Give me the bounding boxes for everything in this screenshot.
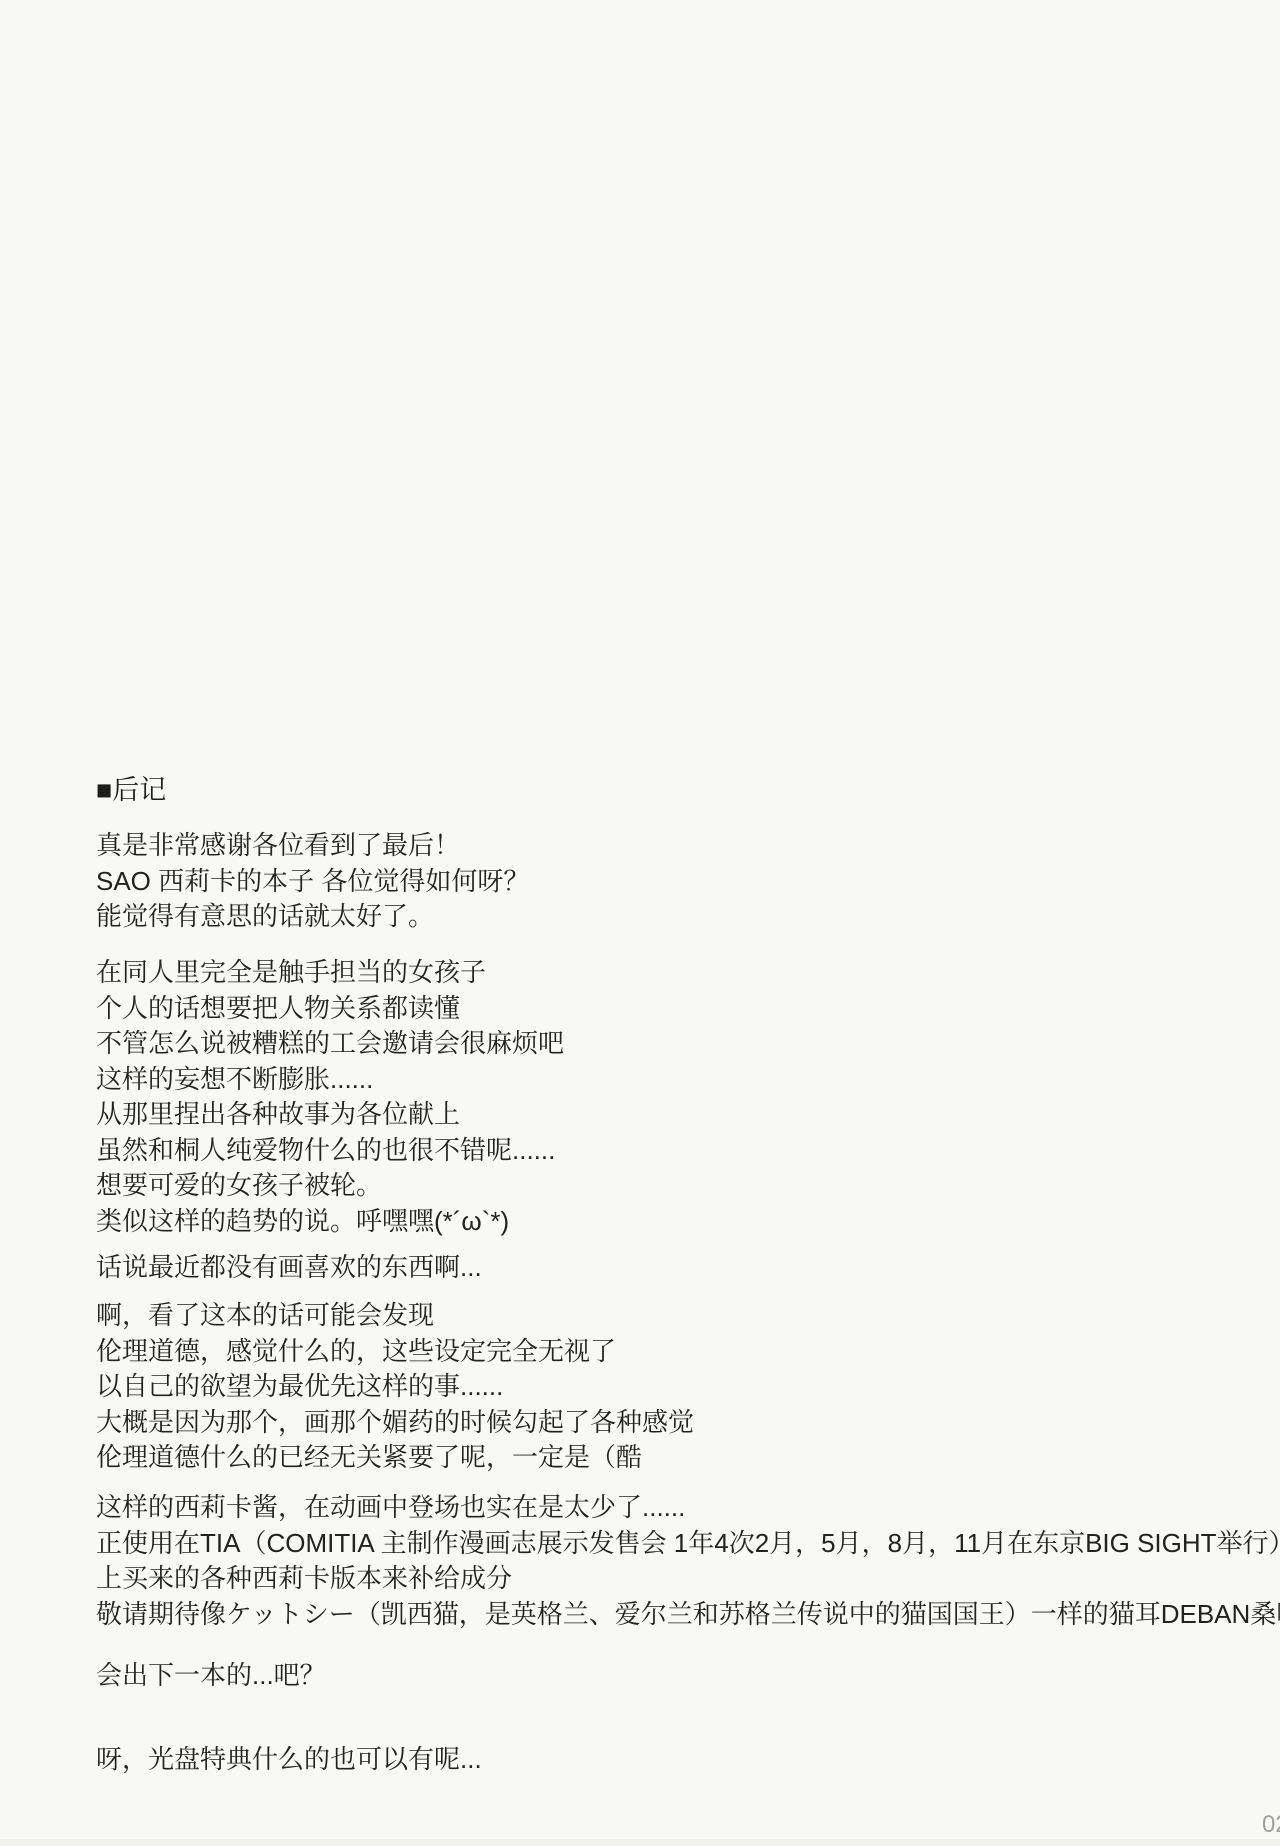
paragraph-thanks: 真是非常感谢各位看到了最后！ SAO 西莉卡的本子 各位觉得如何呀？ 能觉得有意… (96, 828, 529, 935)
text-line: 伦理道德，感觉什么的，这些设定完全无视了 (96, 1334, 694, 1370)
paragraph-next-book: 会出下一本的...吧？ (96, 1658, 326, 1694)
text-line: 虽然和桐人纯爱物什么的也很不错呢...... (96, 1133, 564, 1169)
text-line: 话说最近都没有画喜欢的东西啊... (96, 1250, 482, 1286)
text-line: 呀，光盘特典什么的也可以有呢... (96, 1742, 482, 1778)
text-line: 在同人里完全是触手担当的女孩子 (96, 955, 564, 991)
text-line: 这样的妄想不断膨胀...... (96, 1062, 564, 1098)
scan-bottom-edge (0, 1839, 1280, 1846)
text-line: 从那里捏出各种故事为各位献上 (96, 1097, 564, 1133)
paragraph-aside: 话说最近都没有画喜欢的东西啊... (96, 1250, 482, 1286)
afterword-heading: ■后记 (96, 772, 166, 808)
paragraph-morals: 啊，看了这本的话可能会发现 伦理道德，感觉什么的，这些设定完全无视了 以自己的欲… (96, 1298, 694, 1476)
text-line: 大概是因为那个，画那个媚药的时候勾起了各种感觉 (96, 1405, 694, 1441)
paragraph-silica-comitia: 这样的西莉卡酱，在动画中登场也实在是太少了...... 正使用在TIA（COMI… (96, 1490, 1280, 1632)
text-line: 上买来的各种西莉卡版本来补给成分 (96, 1561, 1280, 1597)
paragraph-bonus-disc: 呀，光盘特典什么的也可以有呢... (96, 1742, 482, 1778)
text-line: 啊，看了这本的话可能会发现 (96, 1298, 694, 1334)
text-line: 想要可爱的女孩子被轮。 (96, 1168, 564, 1204)
text-line: 个人的话想要把人物关系都读懂 (96, 991, 564, 1027)
text-line: 会出下一本的...吧？ (96, 1658, 326, 1694)
text-line: 伦理道德什么的已经无关紧要了呢，一定是（酷 (96, 1440, 694, 1476)
text-line: 能觉得有意思的话就太好了。 (96, 899, 529, 935)
text-line: 类似这样的趋势的说。呼嘿嘿(*´ω`*) (96, 1204, 564, 1240)
text-line: 这样的西莉卡酱，在动画中登场也实在是太少了...... (96, 1490, 1280, 1526)
text-line: SAO 西莉卡的本子 各位觉得如何呀？ (96, 864, 529, 900)
page-number: 02 (1262, 1810, 1280, 1840)
text-line: 以自己的欲望为最优先这样的事...... (96, 1369, 694, 1405)
paragraph-concept: 在同人里完全是触手担当的女孩子 个人的话想要把人物关系都读懂 不管怎么说被糟糕的… (96, 955, 564, 1239)
scanned-afterword-page: ■后记 真是非常感谢各位看到了最后！ SAO 西莉卡的本子 各位觉得如何呀？ 能… (0, 0, 1280, 1846)
text-line: 敬请期待像ケットシー（凯西猫，是英格兰、爱尔兰和苏格兰传说中的猫国国王）一样的猫… (96, 1597, 1280, 1633)
text-line: 真是非常感谢各位看到了最后！ (96, 828, 529, 864)
text-line: 不管怎么说被糟糕的工会邀请会很麻烦吧 (96, 1026, 564, 1062)
text-line: 正使用在TIA（COMITIA 主制作漫画志展示发售会 1年4次2月，5月，8月… (96, 1526, 1280, 1562)
